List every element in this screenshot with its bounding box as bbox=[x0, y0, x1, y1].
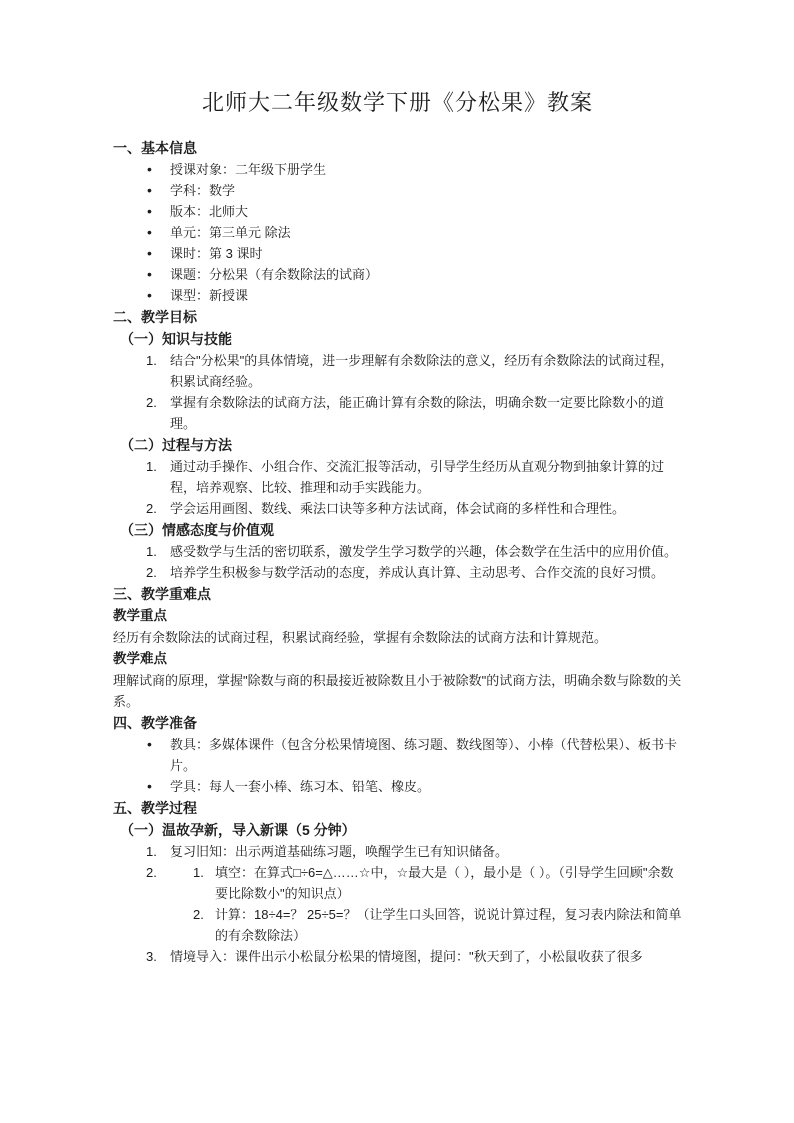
section-heading-key-points: 三、教学重难点 bbox=[113, 583, 682, 605]
teaching-difficulty-text: 理解试商的原理，掌握"除数与商的积最接近被除数且小于被除数"的试商方法，明确余数… bbox=[113, 670, 682, 712]
list-item: 课型：新授课 bbox=[113, 285, 682, 306]
numbered-item: 学会运用画图、数线、乘法口诀等多种方法试商，体会试商的多样性和合理性。 bbox=[113, 498, 682, 519]
list-item: 授课对象：二年级下册学生 bbox=[113, 159, 682, 180]
list-item: 教具：多媒体课件（包含分松果情境图、练习题、数线图等）、小棒（代替松果）、板书卡… bbox=[113, 734, 682, 776]
numbered-item: 复习旧知：出示两道基础练习题，唤醒学生已有知识储备。 bbox=[113, 841, 682, 862]
numbered-item: 通过动手操作、小组合作、交流汇报等活动，引导学生经历从直观分物到抽象计算的过程，… bbox=[113, 456, 682, 498]
basic-info-list: 授课对象：二年级下册学生 学科：数学 版本：北师大 单元：第三单元 除法 课时：… bbox=[113, 159, 682, 306]
section-heading-objectives: 二、教学目标 bbox=[113, 306, 682, 328]
numbered-item: 感受数学与生活的密切联系，激发学生学习数学的兴趣，体会数学在生活中的应用价值。 bbox=[113, 541, 682, 562]
list-item: 课题：分松果（有余数除法的试商） bbox=[113, 264, 682, 285]
document-page: 北师大二年级数学下册《分松果》教案 一、基本信息 授课对象：二年级下册学生 学科… bbox=[0, 0, 794, 1123]
numbered-item: 结合"分松果"的具体情境，进一步理解有余数除法的意义，经历有余数除法的试商过程，… bbox=[113, 350, 682, 392]
numbered-item: 培养学生积极参与数学活动的态度，养成认真计算、主动思考、合作交流的良好习惯。 bbox=[113, 562, 682, 583]
subheading-emotion-values: （三）情感态度与价值观 bbox=[120, 519, 682, 541]
list-item: 版本：北师大 bbox=[113, 201, 682, 222]
doc-title: 北师大二年级数学下册《分松果》教案 bbox=[113, 88, 682, 118]
numbered-item: 掌握有余数除法的试商方法，能正确计算有余数的除法，明确余数一定要比除数小的道理。 bbox=[113, 392, 682, 434]
numbered-item: 情境导入：课件出示小松鼠分松果的情境图，提问："秋天到了，小松鼠收获了很多 bbox=[113, 946, 682, 967]
list-item: 课时：第 3 课时 bbox=[113, 243, 682, 264]
label-teaching-focus: 教学重点 bbox=[113, 605, 682, 627]
knowledge-skills-list: 结合"分松果"的具体情境，进一步理解有余数除法的意义，经历有余数除法的试商过程，… bbox=[113, 350, 682, 434]
list-item: 学具：每人一套小棒、练习本、铅笔、橡皮。 bbox=[113, 776, 682, 797]
numbered-item: 填空：在算式□÷6=△……☆中，☆最大是（ ），最小是（ ）。（引导学生回顾"余… bbox=[113, 862, 682, 946]
list-item: 单元：第三单元 除法 bbox=[113, 222, 682, 243]
stage1-sublist: 填空：在算式□÷6=△……☆中，☆最大是（ ），最小是（ ）。（引导学生回顾"余… bbox=[113, 862, 682, 946]
list-item: 学科：数学 bbox=[113, 180, 682, 201]
nested-numbered-item: 计算：18÷4=？ 25÷5=？（让学生口头回答，说说计算过程，复习表内除法和简… bbox=[113, 904, 682, 946]
process-method-list: 通过动手操作、小组合作、交流汇报等活动，引导学生经历从直观分物到抽象计算的过程，… bbox=[113, 456, 682, 519]
subheading-process-method: （二）过程与方法 bbox=[120, 434, 682, 456]
preparation-list: 教具：多媒体课件（包含分松果情境图、练习题、数线图等）、小棒（代替松果）、板书卡… bbox=[113, 734, 682, 797]
nested-numbered-item: 填空：在算式□÷6=△……☆中，☆最大是（ ），最小是（ ）。（引导学生回顾"余… bbox=[113, 862, 682, 904]
label-teaching-difficulty: 教学难点 bbox=[113, 648, 682, 670]
subheading-stage1-intro: （一）温故孕新，导入新课（5 分钟） bbox=[120, 819, 682, 841]
teaching-focus-text: 经历有余数除法的试商过程，积累试商经验，掌握有余数除法的试商方法和计算规范。 bbox=[113, 627, 682, 648]
section-heading-basic-info: 一、基本信息 bbox=[113, 137, 682, 159]
stage1-list: 复习旧知：出示两道基础练习题，唤醒学生已有知识储备。 填空：在算式□÷6=△……… bbox=[113, 841, 682, 967]
section-heading-teaching-process: 五、教学过程 bbox=[113, 797, 682, 819]
section-heading-preparation: 四、教学准备 bbox=[113, 712, 682, 734]
subheading-knowledge-skills: （一）知识与技能 bbox=[120, 328, 682, 350]
emotion-values-list: 感受数学与生活的密切联系，激发学生学习数学的兴趣，体会数学在生活中的应用价值。 … bbox=[113, 541, 682, 583]
